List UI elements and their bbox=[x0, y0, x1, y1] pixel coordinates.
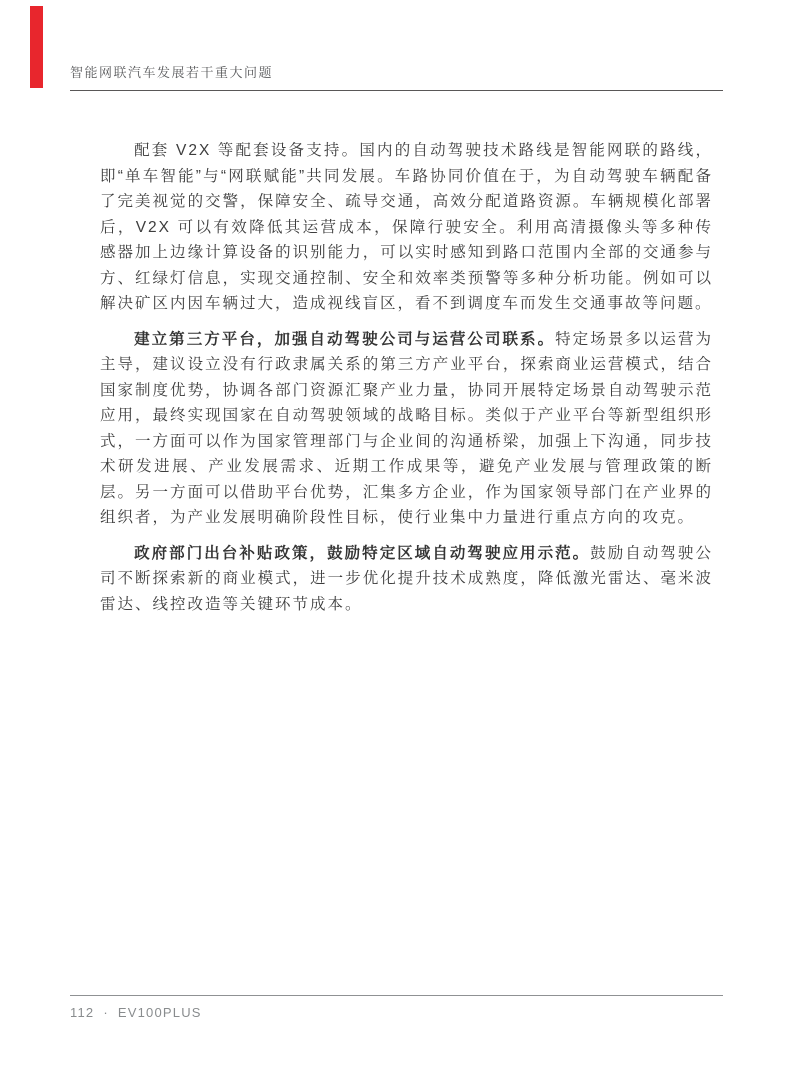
red-accent-bar bbox=[30, 6, 43, 88]
page-footer: 112·EV100PLUS bbox=[70, 995, 723, 1020]
publication-name: EV100PLUS bbox=[118, 1005, 202, 1020]
header-title: 智能网联汽车发展若干重大问题 bbox=[70, 64, 723, 90]
document-body: 配套 V2X 等配套设备支持。国内的自动驾驶技术路线是智能网联的路线，即“单车智… bbox=[100, 138, 713, 627]
paragraph-2-text: 特定场景多以运营为主导，建议设立没有行政隶属关系的第三方产业平台，探索商业运营模… bbox=[100, 331, 713, 527]
paragraph-1-text: 配套 V2X 等配套设备支持。国内的自动驾驶技术路线是智能网联的路线，即“单车智… bbox=[100, 142, 713, 312]
paragraph-3-lead: 政府部门出台补贴政策，鼓励特定区域自动驾驶应用示范。 bbox=[134, 545, 590, 562]
paragraph-2-lead: 建立第三方平台，加强自动驾驶公司与运营公司联系。 bbox=[134, 331, 555, 348]
document-page: 智能网联汽车发展若干重大问题 配套 V2X 等配套设备支持。国内的自动驾驶技术路… bbox=[0, 0, 793, 1077]
page-number: 112 bbox=[70, 1005, 94, 1020]
footer-separator: · bbox=[103, 1005, 109, 1020]
paragraph-2: 建立第三方平台，加强自动驾驶公司与运营公司联系。特定场景多以运营为主导，建议设立… bbox=[100, 327, 713, 531]
paragraph-3: 政府部门出台补贴政策，鼓励特定区域自动驾驶应用示范。鼓励自动驾驶公司不断探索新的… bbox=[100, 541, 713, 618]
paragraph-1: 配套 V2X 等配套设备支持。国内的自动驾驶技术路线是智能网联的路线，即“单车智… bbox=[100, 138, 713, 317]
running-header: 智能网联汽车发展若干重大问题 bbox=[70, 0, 723, 91]
